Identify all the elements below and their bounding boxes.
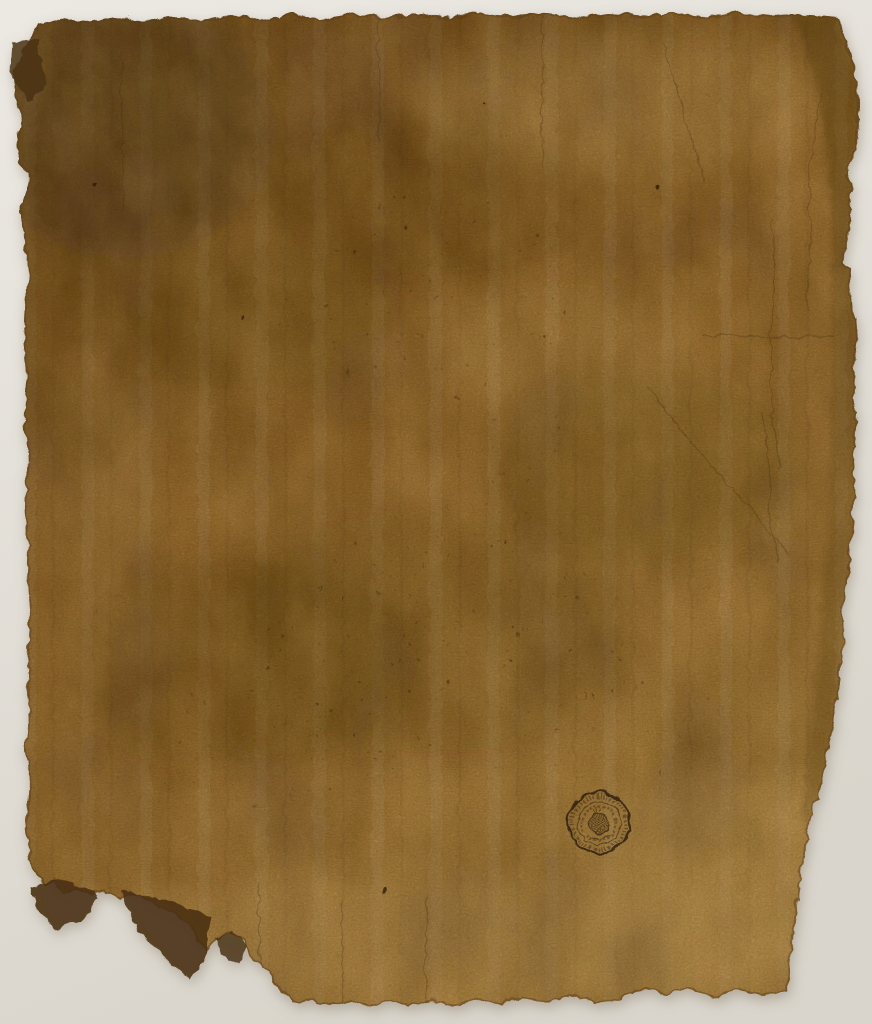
artifact-photo-canvas bbox=[0, 0, 872, 1024]
fleck bbox=[238, 313, 241, 316]
speckle-cluster-lower-left bbox=[165, 645, 415, 815]
paper-sheet bbox=[0, 0, 872, 1024]
speckle-cluster-lower-right bbox=[530, 660, 720, 790]
speckle-cluster-upper bbox=[265, 190, 575, 400]
fleck bbox=[655, 185, 659, 189]
fleck bbox=[380, 885, 385, 890]
speckle-cluster-mid bbox=[420, 405, 630, 555]
fleck bbox=[90, 180, 94, 184]
artifact-photograph bbox=[0, 0, 872, 1024]
fleck bbox=[481, 102, 484, 105]
